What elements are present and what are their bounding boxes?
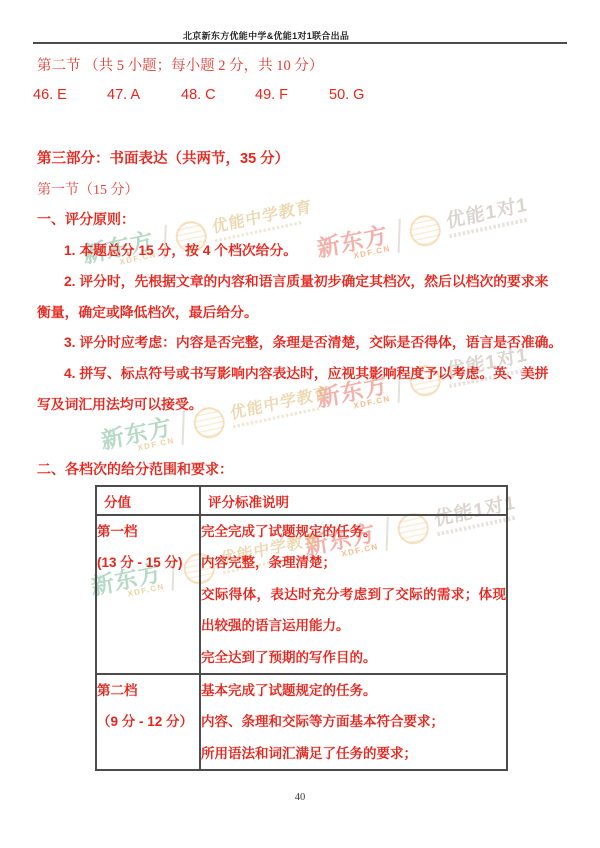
principle-item: 2. 评分时，先根据文章的内容和语言质量初步确定其档次，然后以档次的要求来衡量，… [37,267,569,329]
principle-line: 2. 评分时，先根据文章的内容和语言质量初步确定其档次，然后以档次的要求来 [37,267,569,298]
criteria-line: 完全完成了试题规定的任务。 [201,516,506,547]
rubric-body: 第一档(13 分 - 15 分)完全完成了试题规定的任务。内容完整，条理清楚；交… [96,515,507,770]
uneng-label-text: 优能中学教育 [212,199,313,236]
criteria-line: 内容、条理和交际等方面基本符合要求； [201,706,506,737]
principle-item: 4. 拼写、标点符号或书写影响内容表达时，应视其影响程度予以考虑。英、美拼写及词… [37,359,569,421]
criteria-cell: 完全完成了试题规定的任务。内容完整，条理清楚；交际得体，表达时充分考虑到了交际的… [200,515,507,674]
principles-heading: 一、评分原则： [37,209,135,229]
criteria-line: 交际得体，表达时充分考虑到了交际的需求；体现出较强的语言运用能力。 [201,579,506,642]
grade-label: 第一档 [97,516,199,547]
uneng-label-text: 优能1对1 [445,196,528,232]
page-number: 40 [0,792,600,803]
answers-row: 46. E47. A48. C49. F50. G [33,87,403,103]
grade-cell: 第一档(13 分 - 15 分) [96,515,200,674]
principle-item: 3. 评分时应考虑：内容是否完整，条理是否清楚，交际是否得体，语言是否准确。 [37,328,569,359]
header-rule [33,42,567,44]
principle-item: 1. 本题总分 15 分，按 4 个档次给分。 [37,236,569,267]
grade-range: (13 分 - 15 分) [97,547,199,578]
rubric-row: 第一档(13 分 - 15 分)完全完成了试题规定的任务。内容完整，条理清楚；交… [96,515,507,674]
xdf-domain-text: XDF.CN [137,437,176,453]
principle-line: 3. 评分时应考虑：内容是否完整，条理是否清楚，交际是否得体，语言是否准确。 [37,328,569,359]
principles-list: 1. 本题总分 15 分，按 4 个档次给分。2. 评分时，先根据文章的内容和语… [37,236,569,421]
criteria-line: 完全达到了预期的写作目的。 [201,642,506,673]
principle-line: 写及词汇用法均可以接受。 [37,390,569,421]
grade-cell: 第二档（9 分 - 12 分） [96,674,200,770]
principle-line: 衡量，确定或降低档次，最后给分。 [37,298,569,329]
answer-item: 50. G [329,87,403,103]
rubric-header-row: 分值 评分标准说明 [96,486,507,515]
answer-item: 46. E [33,87,107,103]
uneng-label: 优能1对1 [444,196,531,238]
table-heading: 二、各档次的给分范围和要求： [37,459,233,479]
document-page: 新东方XDF.CN优能1对1新东方XDF.CN优能中学教育新东方XDF.CN优能… [0,0,600,848]
xdf-logo-text: 新东方 [100,415,174,453]
xdf-logo: 新东方XDF.CN [99,415,176,459]
rubric-row: 第二档（9 分 - 12 分）基本完成了试题规定的任务。内容、条理和交际等方面基… [96,674,507,770]
criteria-line: 所用语法和词汇满足了任务的要求； [201,738,506,769]
grade-range: （9 分 - 12 分） [97,706,199,737]
answer-item: 49. F [255,87,329,103]
answer-item: 47. A [107,87,181,103]
column-header-score: 分值 [96,486,200,515]
section2-title: 第二节 （共 5 小题；每小题 2 分，共 10 分） [37,54,323,75]
criteria-cell: 基本完成了试题规定的任务。内容、条理和交际等方面基本符合要求；所用语法和词汇满足… [200,674,507,770]
criteria-line: 基本完成了试题规定的任务。 [201,675,506,706]
principle-line: 4. 拼写、标点符号或书写影响内容表达时，应视其影响程度予以考虑。英、美拼 [37,359,569,390]
part3-title: 第三部分：书面表达（共两节，35 分） [37,147,289,168]
answer-item: 48. C [181,87,255,103]
column-header-criteria: 评分标准说明 [200,486,507,515]
section1-title: 第一节（15 分） [37,179,139,199]
scoring-rubric-table: 分值 评分标准说明 第一档(13 分 - 15 分)完全完成了试题规定的任务。内… [95,485,508,771]
document-header: 北京新东方优能中学&优能1对1联合出品 [183,29,349,42]
criteria-line: 内容完整，条理清楚； [201,547,506,578]
principle-line: 1. 本题总分 15 分，按 4 个档次给分。 [37,236,569,267]
grade-label: 第二档 [97,675,199,706]
